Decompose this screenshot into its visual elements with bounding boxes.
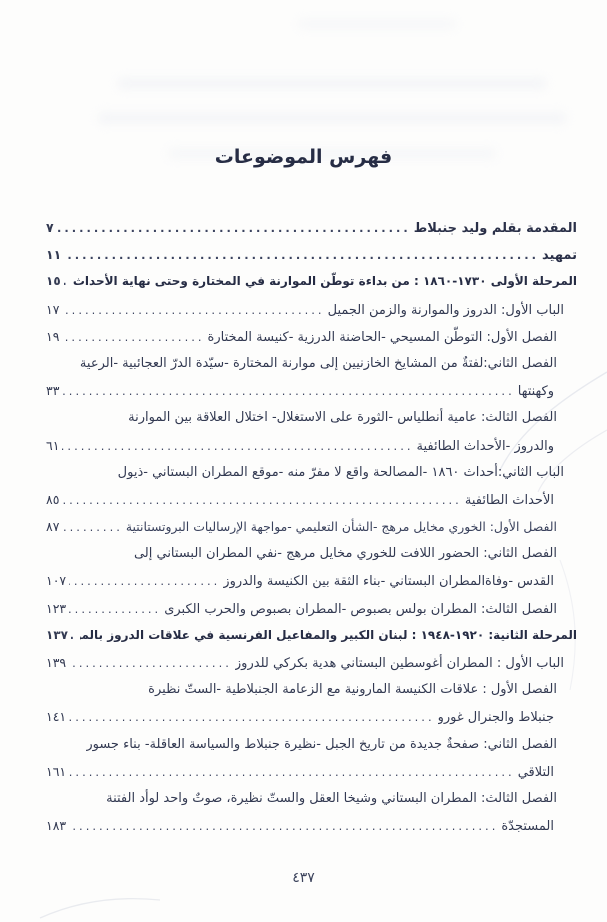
toc-entry: المرحلة الثانية: ١٩٢٠-١٩٤٨ : لبنان الكبي… [46,622,577,649]
dot-leader [69,596,161,623]
toc-entry-text: الباب الأول : المطران أغوسطين البستاني ه… [235,650,564,677]
dot-leader [64,242,539,269]
toc-entry: الأحداث الطائفية٨٥ [46,486,577,513]
toc-entry-text: الفصل الثالث: المطران بولس بصبوص -المطرا… [164,596,557,623]
dot-leader [62,433,413,460]
toc-entry-text: والدروز -الأحداث الطائفية [417,433,554,460]
toc-entry-text: الفصل الأول: التوطّن المسيحي -الحاضنة ال… [208,324,557,351]
toc-entry-page-number: ١٠٧ [46,567,66,594]
toc-entry-page-number: ٨٥ [46,486,59,513]
toc-entry-page-number: ٨٧ [46,513,59,540]
toc-entry: الباب الأول: الدروز والموارنة والزمن الج… [46,296,577,323]
toc-entry-text: الفصل الأول: الخوري مخايل مرهج -الشأن ال… [126,513,557,540]
toc-entry: المستجدّة١٨٣ [46,812,577,839]
toc-entry-text: التلاقي [518,759,554,786]
toc-entry: الفصل الثالث: المطران بولس بصبوص -المطرا… [46,595,577,622]
toc-entry-page-number: ١١ [46,241,61,268]
toc-entry-page-number: ١٧ [46,296,59,323]
toc-entry: والدروز -الأحداث الطائفية٦١ [46,432,577,459]
toc-entry-page-number: ١٥ [46,268,61,295]
toc-entry: الفصل الثاني:لفتةٌ من المشايخ الخازنيين … [46,350,577,377]
toc-entry: المرحلة الأولى ١٧٣٠-١٨٦٠ : من بداءة توطّ… [46,268,577,295]
toc-entry-page-number: ١٣٩ [46,649,66,676]
toc-entry-page-number: ١٦١ [46,758,66,785]
toc-entry-text: وكهنتها [518,378,554,405]
dot-leader [62,487,461,514]
toc-entry: القدس -وفاةالمطران البستاني -بناء الثقة … [46,567,577,594]
toc-entry: الفصل الثاني: صفحةٌ جديدة من تاريخ الجبل… [46,731,577,758]
toc-entry: تمهيد١١ [46,241,577,268]
dot-leader [69,568,220,595]
dot-leader [62,514,122,541]
toc-entry: الفصل الثالث: عامية أنطلياس -الثورة على … [46,404,577,431]
dot-leader [71,622,77,649]
toc-entry: الباب الثاني:أحداث ١٨٦٠ -المصالحة واقع ل… [46,459,577,486]
toc-entry-text: الفصل الثالث: عامية أنطلياس -الثورة على … [128,404,557,431]
toc-entry-text: الباب الثاني:أحداث ١٨٦٠ -المصالحة واقع ل… [118,459,564,486]
toc-entry: الباب الأول : المطران أغوسطين البستاني ه… [46,649,577,676]
toc-entry-text: جنبلاط والجنرال غورو [438,704,554,731]
toc: المقدمة بقلم وليد جنبلاط٧تمهيد١١المرحلة … [0,214,607,839]
toc-entry-text: القدس -وفاةالمطران البستاني -بناء الثقة … [223,568,554,595]
toc-entry-text: الفصل الثالث: المطران البستاني وشيخا الع… [106,785,557,812]
toc-entry-text: الفصل الثاني:لفتةٌ من المشايخ الخازنيين … [80,350,557,377]
page-title: فهرس الموضوعات [0,146,607,168]
toc-entry-text: المرحلة الثانية: ١٩٢٠-١٩٤٨ : لبنان الكبي… [80,622,577,649]
dot-leader [69,759,515,786]
toc-entry-page-number: ١٣٧ [46,622,68,649]
toc-entry-text: الفصل الأول : علاقات الكنيسة المارونية م… [148,676,557,703]
toc-entry: التلاقي١٦١ [46,758,577,785]
bleedthrough-artifact [117,78,547,89]
toc-entry: الفصل الثالث: المطران البستاني وشيخا الع… [46,785,577,812]
toc-entry: المقدمة بقلم وليد جنبلاط٧ [46,214,577,241]
dot-leader [62,297,324,324]
toc-entry-page-number: ٣٣ [46,377,59,404]
bleedthrough-artifact [97,112,567,124]
dot-leader [69,704,434,731]
dot-leader [69,650,232,677]
toc-entry: الفصل الأول: الخوري مخايل مرهج -الشأن ال… [46,513,577,540]
dot-leader [62,378,514,405]
toc-entry-text: الباب الأول: الدروز والموارنة والزمن الج… [328,297,564,324]
dot-leader [57,215,411,242]
toc-entry-text: المقدمة بقلم وليد جنبلاط [414,215,577,242]
toc-entry-page-number: ١٨٣ [46,812,66,839]
book-page: فهرس الموضوعات المقدمة بقلم وليد جنبلاط٧… [0,0,607,922]
page-number: ٤٣٧ [0,870,607,886]
toc-entry-page-number: ١٢٣ [46,595,66,622]
toc-entry-page-number: ١٩ [46,323,59,350]
toc-entry-text: المرحلة الأولى ١٧٣٠-١٨٦٠ : من بداءة توطّ… [73,268,577,295]
toc-entry-page-number: ١٤١ [46,703,66,730]
toc-entry-text: المستجدّة [501,813,554,840]
toc-entry-text: الأحداث الطائفية [465,487,554,514]
toc-entry: الفصل الأول : علاقات الكنيسة المارونية م… [46,676,577,703]
dot-leader [62,324,204,351]
toc-entry-page-number: ٧ [46,214,54,241]
toc-entry-text: الفصل الثاني: صفحةٌ جديدة من تاريخ الجبل… [86,731,557,758]
dot-leader [64,268,70,295]
bleedthrough-artifact [297,20,457,28]
toc-entry: الفصل الثاني: الحضور اللافت للخوري مخايل… [46,540,577,567]
toc-entry: جنبلاط والجنرال غورو١٤١ [46,703,577,730]
toc-entry-text: تمهيد [542,242,577,269]
dot-leader [69,813,498,840]
toc-entry: الفصل الأول: التوطّن المسيحي -الحاضنة ال… [46,323,577,350]
toc-entry: وكهنتها٣٣ [46,377,577,404]
toc-entry-page-number: ٦١ [46,432,59,459]
toc-entry-text: الفصل الثاني: الحضور اللافت للخوري مخايل… [134,540,557,567]
